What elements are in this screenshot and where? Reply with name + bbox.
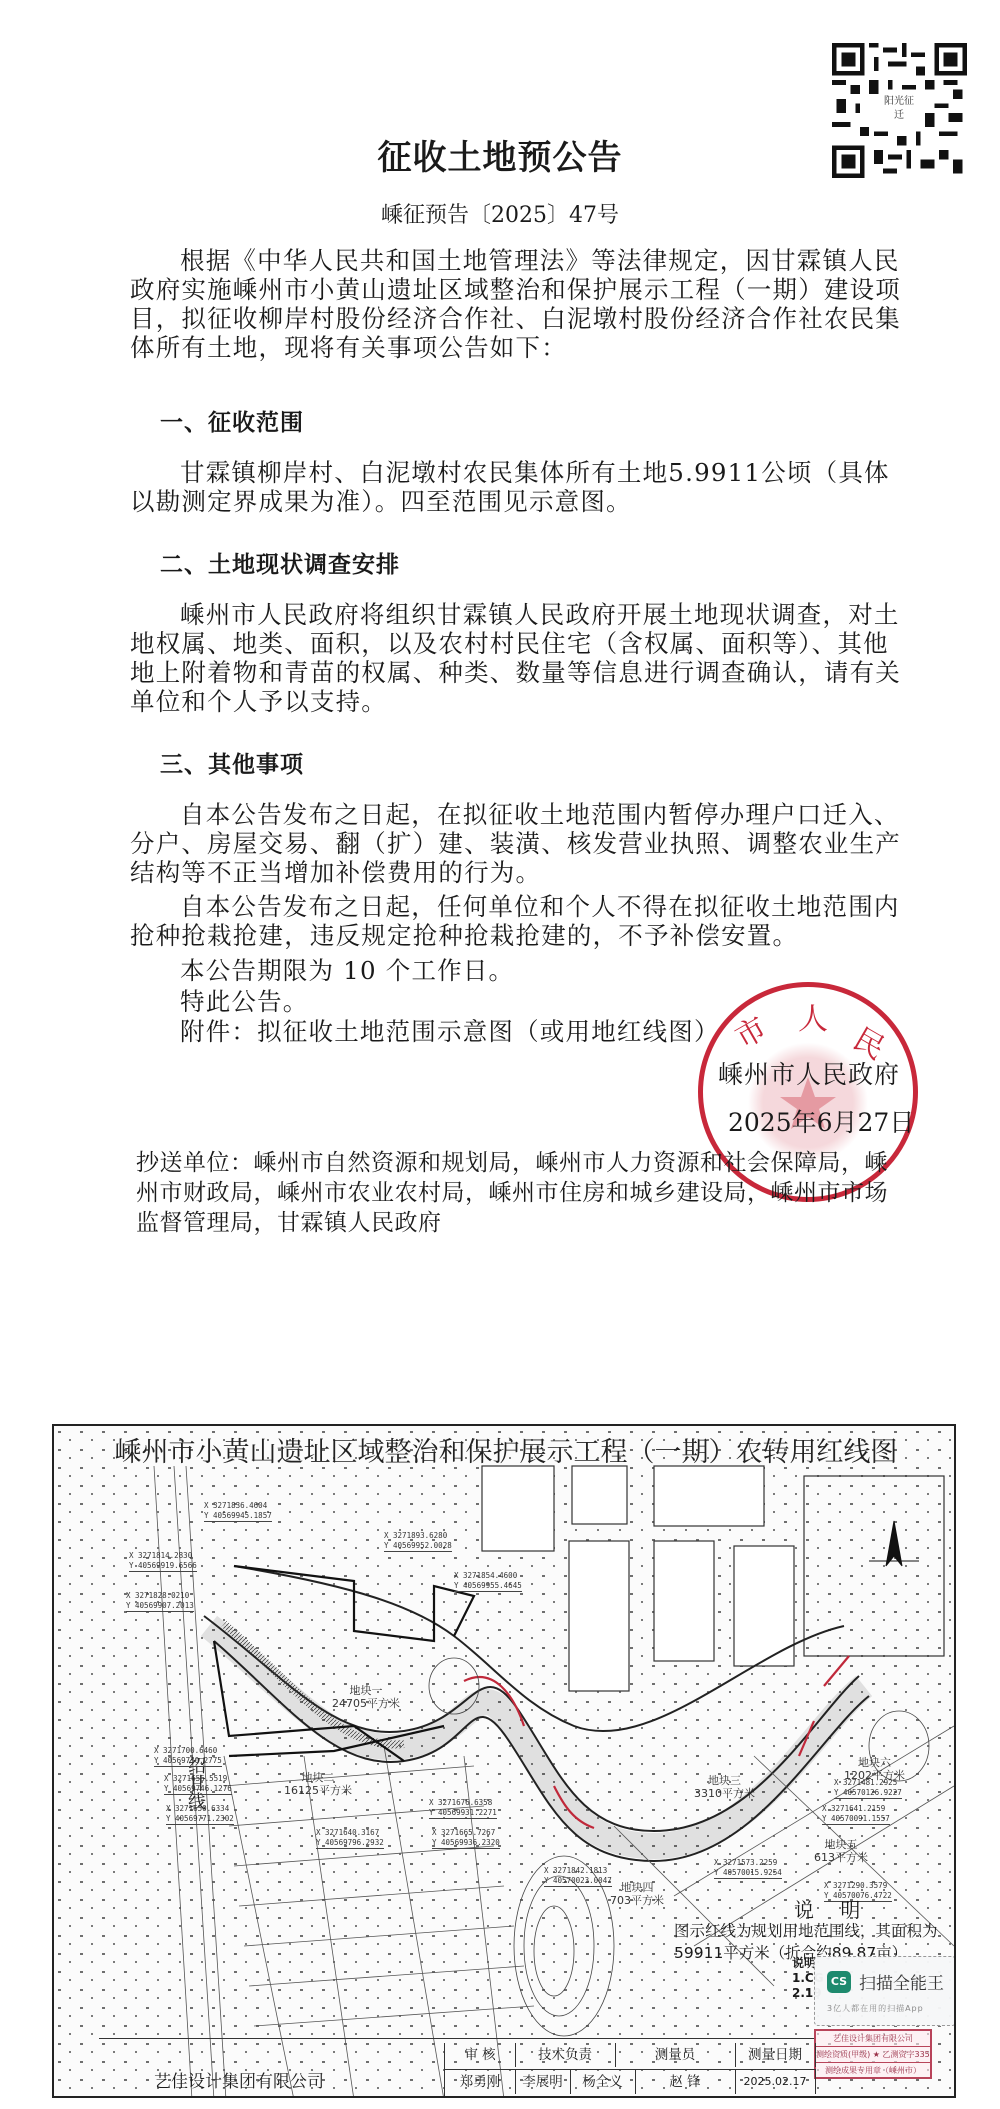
coordinate-label: X 3271814.2830Y 40569919.6566 (129, 1551, 197, 1572)
designer-company: 艺佳设计集团有限公司 (154, 2067, 324, 2092)
stamp-row: 测绘成果专用章（嵊州市） (816, 2063, 930, 2078)
section-heading-other: 三、其他事项 (160, 746, 304, 779)
plot-area: 16125平方米 (284, 1784, 352, 1797)
section-heading-survey: 二、土地现状调查安排 (160, 546, 400, 579)
plot-name: 地块五 (814, 1838, 868, 1851)
section-survey-paragraph: 嵊州市人民政府将组织甘霖镇人民政府开展土地现状调查，对土地权属、地类、面积，以及… (130, 600, 902, 716)
coordinate-label: X 3271836.4604Y 40569945.1857 (204, 1501, 272, 1522)
value-survey-date: 2025.02.17 (735, 2069, 816, 2094)
plot-area: 703平方米 (610, 1894, 664, 1907)
document-number: 嵊征预告〔2025〕47号 (0, 198, 1000, 229)
cc-recipients: 抄送单位：嵊州市自然资源和规划局，嵊州市人力资源和社会保障局，嵊州市财政局，嵊州… (136, 1148, 906, 1238)
coordinate-label: X 3271893.6280Y 40569952.0028 (384, 1531, 452, 1552)
attachment-line: 附件：拟征收土地范围示意图（或用地红线图） (180, 1013, 720, 1048)
section-heading-scope: 一、征收范围 (160, 404, 304, 437)
map-title-block: 艺佳设计集团有限公司 审 核 技术负责 测量员 测量日期 郑勇刚 李展明 杨全义… (99, 2038, 814, 2098)
svg-text:市: 市 (730, 1011, 773, 1056)
plot-label-5: 地块五 613平方米 (814, 1838, 868, 1864)
plot-label-2: 地块二 16125平方米 (284, 1771, 352, 1797)
plot-label-4: 地块四 703平方米 (610, 1881, 664, 1907)
coordinate-label: X 3271641.2159Y 40570091.1557 (822, 1804, 890, 1825)
value-reviewer: 郑勇刚 (445, 2069, 516, 2094)
signoff-grid: 审 核 技术负责 测量员 测量日期 郑勇刚 李展明 杨全义 赵 锋 2025.0… (444, 2043, 815, 2097)
plot-area: 613平方米 (814, 1851, 868, 1864)
coordinate-label: X 3271700.6460Y 40569730.2775 (154, 1746, 222, 1767)
plot-area: 24705平方米 (332, 1697, 400, 1710)
scanner-app-name: 扫描全能王 (859, 1969, 944, 1994)
coordinate-label: X 3271842.1813Y 40570023.0047 (544, 1866, 612, 1887)
plot-name: 地块六 (844, 1756, 905, 1769)
section-other-paragraph-1: 自本公告发布之日起，在拟征收土地范围内暂停办理户口迁入、分户、房屋交易、翻（扩）… (130, 800, 902, 887)
surveyor-stamp: 艺佳设计集团有限公司 测绘资质(甲级) ★ 乙测资字33510105 测绘成果专… (814, 2029, 932, 2079)
coordinate-label: X 3271656.5519Y 40569746.1276 (164, 1774, 232, 1795)
stamp-row: 测绘资质(甲级) ★ 乙测资字33510105 (816, 2047, 930, 2063)
plot-name: 地块三 (694, 1774, 755, 1787)
plot-label-1: 地块一 24705平方米 (332, 1684, 400, 1710)
legend-title: 说 明 (794, 1894, 870, 1923)
header-review: 审 核 (445, 2043, 516, 2067)
section-scope-paragraph: 甘霖镇柳岸村、白泥墩村农民集体所有土地5.9911公顷（具体以勘测定界成果为准）… (130, 458, 902, 516)
coordinate-label: X 3271854.4600Y 40569955.4645 (454, 1571, 522, 1592)
coordinate-label: X 3271676.6358Y 40569931.2271 (429, 1798, 497, 1819)
value-surveyor-2: 赵 锋 (635, 2069, 736, 2094)
plot-label-3: 地块三 3310平方米 (694, 1774, 755, 1800)
header-tech-lead: 技术负责 (515, 2043, 616, 2067)
coordinate-label: X 3271573.2259Y 40570015.9254 (714, 1858, 782, 1879)
issue-date: 2025年6月27日 (728, 1103, 914, 1139)
coordinate-label: X 3271481.2925Y 40570126.9227 (834, 1778, 902, 1799)
scanner-watermark: CS 扫描全能王 3亿人都在用的扫描App (814, 1956, 956, 2026)
stamp-row: 艺佳设计集团有限公司 (816, 2031, 930, 2047)
redline-map: 嵊州市小黄山遗址区域整治和保护展示工程（一期）农转用红线图 绍甘线 地块一 24… (52, 1424, 956, 2098)
plot-name: 地块二 (284, 1771, 352, 1784)
plot-name: 地块四 (610, 1881, 664, 1894)
document-title: 征收土地预公告 (0, 130, 1000, 179)
coordinate-label: X 3271650.6334Y 40569771.2302 (166, 1804, 234, 1825)
header-survey-date: 测量日期 (735, 2043, 816, 2067)
section-other-paragraph-2: 自本公告发布之日起，任何单位和个人不得在拟征收土地范围内抢种抢栽抢建，违反规定抢… (130, 892, 902, 950)
svg-text:人: 人 (798, 1002, 828, 1037)
qr-center-label: 阳光征迁 (882, 95, 916, 125)
period-line: 本公告期限为 10 个工作日。 (180, 952, 514, 987)
value-surveyor-1: 杨全义 (570, 2069, 636, 2094)
coordinate-label: X 3271828.0210Y 40569907.2013 (126, 1591, 194, 1612)
camscanner-logo-icon: CS (827, 1971, 851, 1993)
issuer-name: 嵊州市人民政府 (718, 1055, 900, 1091)
plot-name: 地块一 (332, 1684, 400, 1697)
map-title: 嵊州市小黄山遗址区域整治和保护展示工程（一期）农转用红线图 (54, 1430, 956, 1469)
intro-paragraph: 根据《中华人民共和国土地管理法》等法律规定，因甘霖镇人民政府实施嵊州市小黄山遗址… (130, 246, 902, 362)
coordinate-label: X 3271665.7267Y 40569936.2320 (432, 1828, 500, 1849)
coordinate-label: X 3271640.3167Y 40569796.2932 (316, 1828, 384, 1849)
plot-area: 3310平方米 (694, 1787, 755, 1800)
scanner-tagline: 3亿人都在用的扫描App (827, 2003, 924, 2014)
value-tech-lead: 李展明 (515, 2069, 571, 2094)
header-surveyor: 测量员 (615, 2043, 736, 2067)
